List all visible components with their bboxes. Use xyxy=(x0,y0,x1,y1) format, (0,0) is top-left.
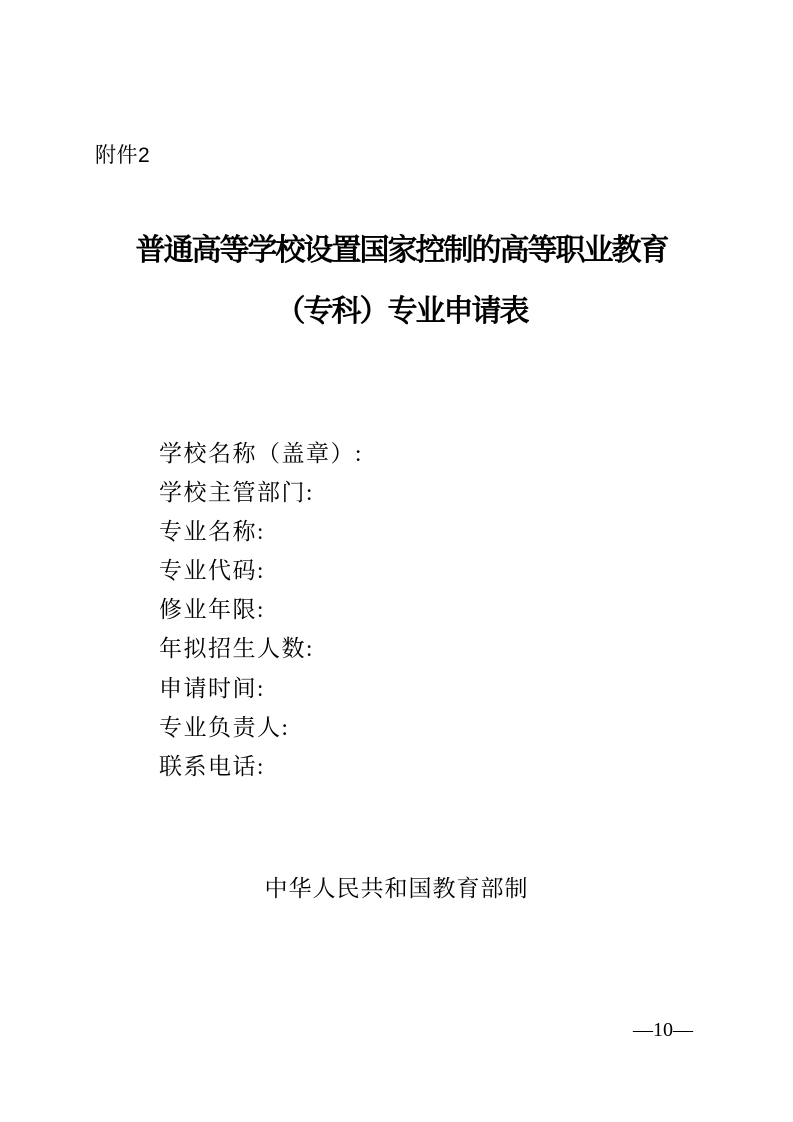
field-annual-enrollment: 年拟招生人数: xyxy=(159,629,363,668)
document-title-line2: （专科）专业申请表 xyxy=(10,294,793,330)
field-contact-phone: 联系电话: xyxy=(159,747,363,786)
field-application-date: 申请时间: xyxy=(159,669,363,708)
attachment-label: 附件2 xyxy=(95,144,150,168)
field-major-leader: 专业负责人: xyxy=(159,708,363,747)
page-number: —10— xyxy=(633,1018,693,1042)
document-page: 附件2 普通高等学校设置国家控制的高等职业教育 （专科）专业申请表 学校名称（盖… xyxy=(0,0,793,1122)
field-school-department: 学校主管部门: xyxy=(159,473,363,512)
form-field-list: 学校名称（盖章）: 学校主管部门: 专业名称: 专业代码: 修业年限: 年拟招生… xyxy=(159,434,363,786)
issuer-line: 中华人民共和国教育部制 xyxy=(0,875,793,903)
field-school-name: 学校名称（盖章）: xyxy=(159,434,363,473)
field-major-name: 专业名称: xyxy=(159,512,363,551)
field-major-code: 专业代码: xyxy=(159,551,363,590)
field-study-duration: 修业年限: xyxy=(159,590,363,629)
document-title-line1: 普通高等学校设置国家控制的高等职业教育 xyxy=(10,233,793,269)
